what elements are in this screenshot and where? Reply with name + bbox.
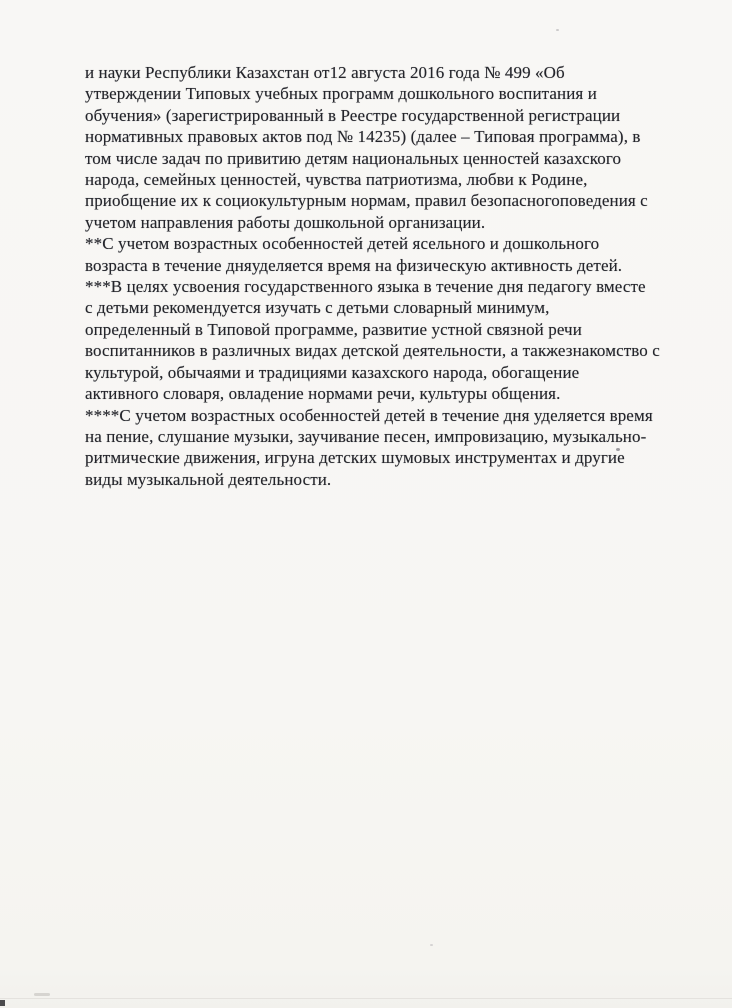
- scan-edge-mark: [0, 1000, 5, 1006]
- text-line: приобщение их к социокультурным нормам, …: [85, 190, 690, 211]
- text-line: с детьми рекомендуется изучать с детьми …: [85, 297, 690, 318]
- scan-speck: [616, 448, 620, 451]
- text-line: нормативных правовых актов под № 14235) …: [85, 126, 690, 147]
- scan-speck: [578, 179, 581, 182]
- text-line: учетом направления работы дошкольной орг…: [85, 212, 690, 233]
- text-line: виды музыкальной деятельности.: [85, 469, 690, 490]
- text-line: утверждении Типовых учебных программ дош…: [85, 83, 690, 104]
- text-line: обучения» (зарегистрированный в Реестре …: [85, 105, 690, 126]
- text-line: культурой, обычаями и традициями казахск…: [85, 362, 690, 383]
- scan-speck: [556, 29, 559, 31]
- text-line: **С учетом возрастных особенностей детей…: [85, 233, 690, 254]
- text-line: том числе задач по привитию детям национ…: [85, 148, 690, 169]
- text-line: активного словаря, овладение нормами реч…: [85, 383, 690, 404]
- text-line: определенный в Типовой программе, развит…: [85, 319, 690, 340]
- scanned-document-page: и науки Республики Казахстан от12 август…: [0, 0, 732, 1008]
- scan-speck: [430, 944, 433, 946]
- text-block: и науки Республики Казахстан от12 август…: [85, 62, 690, 490]
- text-line: ***В целях усвоения государственного язы…: [85, 276, 690, 297]
- text-line: возраста в течение дняуделяется время на…: [85, 255, 690, 276]
- scan-edge-line: [0, 998, 732, 999]
- text-line: на пение, слушание музыки, заучивание пе…: [85, 426, 690, 447]
- text-line: ритмические движения, игруна детских шум…: [85, 447, 690, 468]
- text-line: и науки Республики Казахстан от12 август…: [85, 62, 690, 83]
- text-line: воспитанников в различных видах детской …: [85, 340, 690, 361]
- scan-smudge: [34, 993, 50, 996]
- text-line: ****С учетом возрастных особенностей дет…: [85, 405, 690, 426]
- text-line: народа, семейных ценностей, чувства патр…: [85, 169, 690, 190]
